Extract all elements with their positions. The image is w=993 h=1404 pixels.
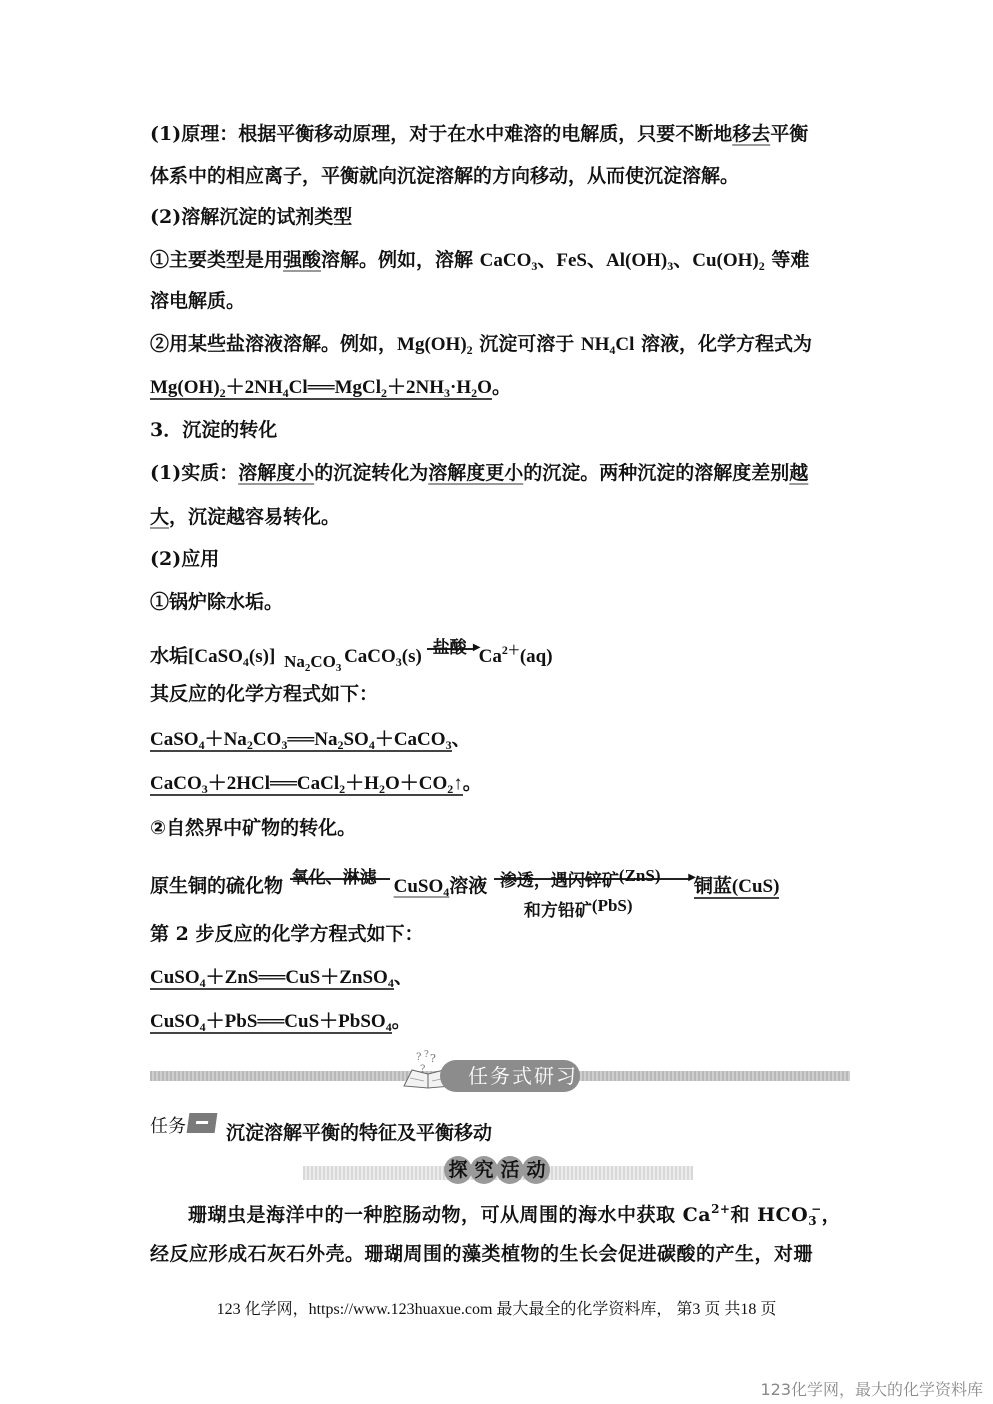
- equation-pbs: CuSO4＋PbS══CuS＋PbSO4。: [150, 1008, 411, 1036]
- reagent-label: 氧化、淋滤: [292, 864, 377, 892]
- task-label: 任务: [150, 1112, 186, 1138]
- principle-line-1: (1)原理：根据平衡移动原理，对于在水中难溶的电解质，只要不断地移去平衡: [150, 120, 808, 148]
- text: 等难: [765, 249, 810, 271]
- equation-caco3: CaCO3＋2HCl══CaCl2＋H2O＋CO2↑。: [150, 770, 482, 798]
- strong-acid-line-1: ①主要类型是用强酸溶解。例如，溶解 CaCO3、FeS、Al(OH)3、Cu(O…: [150, 246, 809, 275]
- svg-text:?: ?: [420, 1064, 425, 1075]
- reaction-arrow: 氧化、淋滤: [290, 872, 394, 892]
- reagent-label: Na2CO3: [284, 648, 341, 676]
- task-title: 沉淀溶解平衡的特征及平衡移动: [226, 1118, 492, 1145]
- svg-text:?: ?: [424, 1050, 429, 1060]
- text: 沉淀可溶于: [473, 333, 581, 355]
- salt-solution-line: ②用某些盐溶液溶解。例如，Mg(OH)2 沉淀可溶于 NH4Cl 溶液，化学方程…: [150, 330, 812, 359]
- formula: CaCO3、FeS、Al(OH)3、Cu(OH)2: [480, 250, 765, 271]
- page-footer: 123 化学网，https://www.123huaxue.com 最大最全的化…: [0, 1296, 993, 1319]
- equations-intro: 其反应的化学方程式如下：: [150, 680, 378, 708]
- copper-scheme: 原生铜的硫化物 氧化、淋滤 CuSO4溶液 ▶ 渗透，遇闪锌矿(ZnS) 和方铅…: [150, 872, 779, 901]
- blank-answer: 移去: [732, 123, 770, 145]
- text: (1)实质：: [150, 462, 238, 484]
- svg-text:?: ?: [416, 1052, 421, 1063]
- text: ，沉淀越容易转化。: [169, 506, 340, 528]
- text: ②用某些盐溶液溶解。例如，: [150, 333, 397, 355]
- document-page: (1)原理：根据平衡移动原理，对于在水中难溶的电解质，只要不断地移去平衡 体系中…: [0, 0, 993, 1404]
- equation-zns: CuSO4＋ZnS══CuS＋ZnSO4、: [150, 964, 413, 992]
- reaction-arrow: ▶ 渗透，遇闪锌矿(ZnS) 和方铅矿(PbS): [494, 872, 694, 892]
- reagent-label: 渗透，遇闪锌矿(ZnS): [500, 862, 661, 895]
- equation-mgoh2: Mg(OH)2＋2NH4Cl══MgCl2＋2NH3·H2O。: [150, 374, 511, 402]
- activity-paragraph-line-1: 珊瑚虫是海洋中的一种腔肠动物，可从周围的海水中获取 Ca2+和 HCO3−，: [188, 1201, 841, 1229]
- blank-answer: 溶解度更小: [428, 462, 523, 484]
- banner-label: 任务式研习: [440, 1060, 580, 1092]
- text: 的沉淀。两种沉淀的溶解度差别: [523, 462, 789, 484]
- step2-equations-intro: 第 2 步反应的化学方程式如下：: [150, 920, 423, 948]
- blank-answer: 越: [789, 462, 808, 484]
- explore-label: 探究活动: [446, 1156, 550, 1184]
- blank-answer: 溶解度小: [238, 462, 314, 484]
- text: (1)原理：根据平衡移动原理，对于在水中难溶的电解质，只要不断地: [150, 123, 732, 145]
- text: 溶液，化学方程式为: [634, 333, 812, 355]
- task-study-banner: ? ? ? ? 任务式研习: [150, 1066, 850, 1086]
- activity-paragraph-line-2: 经反应形成石灰石外壳。珊瑚周围的藻类植物的生长会促进碳酸的产生，对珊: [150, 1240, 813, 1268]
- reaction-arrow: ▶ 盐酸: [427, 642, 479, 662]
- principle-line-2: 体系中的相应离子，平衡就向沉淀溶解的方向移动，从而使沉淀溶解。: [150, 162, 739, 190]
- essence-line-2: 大，沉淀越容易转化。: [150, 503, 340, 531]
- svg-text:?: ?: [430, 1052, 436, 1065]
- reagent-label: 盐酸: [433, 634, 467, 662]
- text: 平衡: [770, 123, 808, 145]
- section-heading-3: 3．沉淀的转化: [150, 416, 277, 444]
- text: 溶解。例如，溶解: [321, 249, 480, 271]
- blank-answer: 强酸: [283, 249, 321, 271]
- formula: NH4Cl: [581, 334, 635, 355]
- strong-acid-line-2: 溶电解质。: [150, 287, 245, 315]
- reagent-types-heading: (2)溶解沉淀的试剂类型: [150, 203, 352, 231]
- boiler-scale-heading: ①锅炉除水垢。: [150, 588, 283, 616]
- formula: Mg(OH)2: [397, 334, 473, 355]
- essence-line-1: (1)实质：溶解度小的沉淀转化为溶解度更小的沉淀。两种沉淀的溶解度差别越: [150, 459, 808, 487]
- blank-answer: 铜蓝(CuS): [694, 876, 780, 899]
- text: 的沉淀转化为: [314, 462, 428, 484]
- mineral-conversion-heading: ②自然界中矿物的转化。: [150, 814, 356, 842]
- explore-activity-banner: 探究活动: [303, 1164, 693, 1184]
- reagent-label: 和方铅矿(PbS): [524, 892, 633, 925]
- watermark: 123化学网，最大的化学资料库: [760, 1377, 983, 1400]
- application-heading: (2)应用: [150, 545, 219, 573]
- blank-answer: 大: [150, 506, 169, 528]
- equation-caso4: CaSO4＋Na2CO3══Na2SO4＋CaCO3、: [150, 726, 471, 754]
- text: ①主要类型是用: [150, 249, 283, 271]
- task-number-badge: [187, 1113, 218, 1133]
- scale-removal-scheme: 水垢[CaSO4(s)] Na2CO3 CaCO3(s) ▶ 盐酸 Ca2＋(a…: [150, 642, 553, 671]
